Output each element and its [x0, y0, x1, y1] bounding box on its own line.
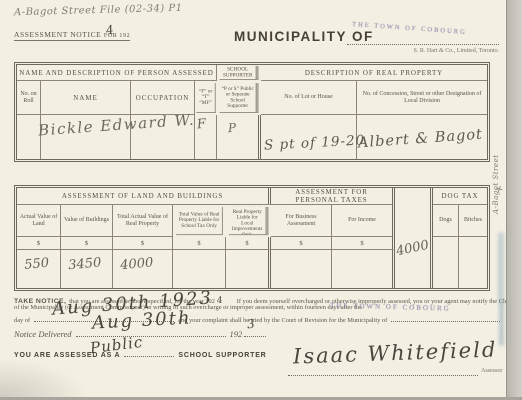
label-business-assessment: For Business Assessment	[271, 205, 332, 237]
notice-delivered-label: Notice Delivered	[14, 329, 72, 339]
label-for-income: For Income	[332, 205, 395, 237]
dollar-sign: $	[61, 237, 113, 250]
cell-supporter-value	[217, 115, 261, 159]
assessment-values-table: ASSESSMENT OF LAND AND BUILDINGS ASSESSM…	[14, 185, 490, 291]
dollar-sign: $	[271, 237, 332, 250]
handwritten-4000: 4000	[114, 250, 154, 274]
handwritten-delivered-year: 3	[246, 317, 255, 332]
assessor-label: Assessor	[481, 368, 502, 374]
label-dogs: Dogs	[433, 205, 459, 237]
pencil-plus-mark: +	[494, 183, 505, 196]
handwritten-supporter: P	[228, 121, 237, 136]
dollar-sign: $	[226, 237, 271, 250]
assessment-notice-document: A-Bagot Street File (02-34) P1 ASSESSMEN…	[0, 0, 522, 400]
handwritten-3450: 3450	[62, 250, 102, 274]
cell-local-improvements-value	[226, 250, 271, 288]
blue-ink-smudge	[499, 302, 504, 346]
dollar-sign: $	[17, 237, 61, 250]
printer-credit: S. R. Hart & Co., Limited, Toronto.	[393, 48, 499, 54]
col-header-tenure: “F” or “T” “MF”	[196, 83, 215, 113]
signature-dotted-line	[288, 374, 478, 376]
dollar-sign: $	[332, 237, 395, 250]
assessor-signature: Isaac Whitefield	[293, 337, 498, 368]
land-buildings-title: ASSESSMENT OF LAND AND BUILDINGS	[17, 188, 271, 205]
cell-buildings-value: 3450	[61, 250, 113, 288]
cell-land-value: 550	[17, 250, 61, 288]
municipality-dotted-line-2	[391, 312, 500, 322]
assessment-notice-text: ASSESSMENT NOTICE	[14, 30, 101, 39]
label-bitches: Bitches	[459, 205, 487, 237]
handwritten-550: 550	[18, 250, 50, 273]
delivered-year-printed: 192	[230, 329, 243, 339]
dollar-sign: $	[173, 237, 226, 250]
handwritten-total-4000: 4000	[395, 238, 430, 260]
scanner-edge-right	[506, 0, 522, 400]
label-actual-value-land: Actual Value of Land	[17, 205, 61, 237]
scan-shadow	[0, 358, 90, 400]
day-of-label: day of	[14, 317, 30, 324]
school-supporter-header: SCHOOL SUPPORTER	[220, 66, 259, 80]
real-property-section-title: DESCRIPTION OF REAL PROPERTY	[261, 65, 487, 81]
handwritten-notice-year: 4	[105, 22, 115, 37]
pencil-annotation-top: A-Bagot Street File (02-34) P1	[14, 3, 183, 18]
cell-total-value: 4000	[113, 250, 173, 288]
dollar-sign: $	[113, 237, 173, 250]
label-total-actual-value: Total Actual Value of Real Property	[113, 205, 173, 237]
col-header-roll: No. on Roll	[17, 81, 41, 115]
person-section-title: NAME AND DESCRIPTION OF PERSON ASSESSED	[17, 65, 217, 81]
municipality-dotted-line	[347, 43, 499, 45]
assessed-as-tail: SCHOOL SUPPORTER	[178, 352, 266, 359]
cell-school-tax-value	[173, 250, 226, 288]
total-column-cell: 4000	[395, 188, 433, 288]
label-value-buildings: Value of Buildings	[61, 205, 113, 237]
cell-income-value	[332, 250, 395, 288]
col-header-lot: No. of Lot or House	[261, 81, 357, 115]
col-header-name: NAME	[41, 81, 131, 115]
take-notice-text3: and your complaint shall be tried by the…	[178, 317, 387, 324]
personal-taxes-title: ASSESSMENT FOR PERSONAL TAXES	[271, 188, 395, 205]
label-school-tax-only: Total Value of Real Property Liable for …	[176, 207, 223, 235]
cell-bitches-value	[459, 237, 487, 288]
pencil-annotation-margin: A-Bagot Street	[492, 122, 500, 214]
col-header-supporter: “P or S” Public or Separate School Suppo…	[220, 83, 259, 113]
cell-dogs-value	[433, 237, 459, 288]
blue-ink-smudge	[498, 232, 504, 304]
col-header-concession: No. of Concession, Street or other Desig…	[357, 81, 487, 115]
col-header-occupation: OCCUPATION	[131, 81, 195, 115]
handwritten-tenure: F	[196, 117, 207, 133]
municipality-of-title: MUNICIPALITY OF	[234, 29, 374, 44]
cell-business-value	[271, 250, 332, 288]
dog-tax-title: DOG TAX	[433, 188, 487, 205]
label-local-improvements: Total Value of Real Property Liable for …	[229, 207, 269, 235]
